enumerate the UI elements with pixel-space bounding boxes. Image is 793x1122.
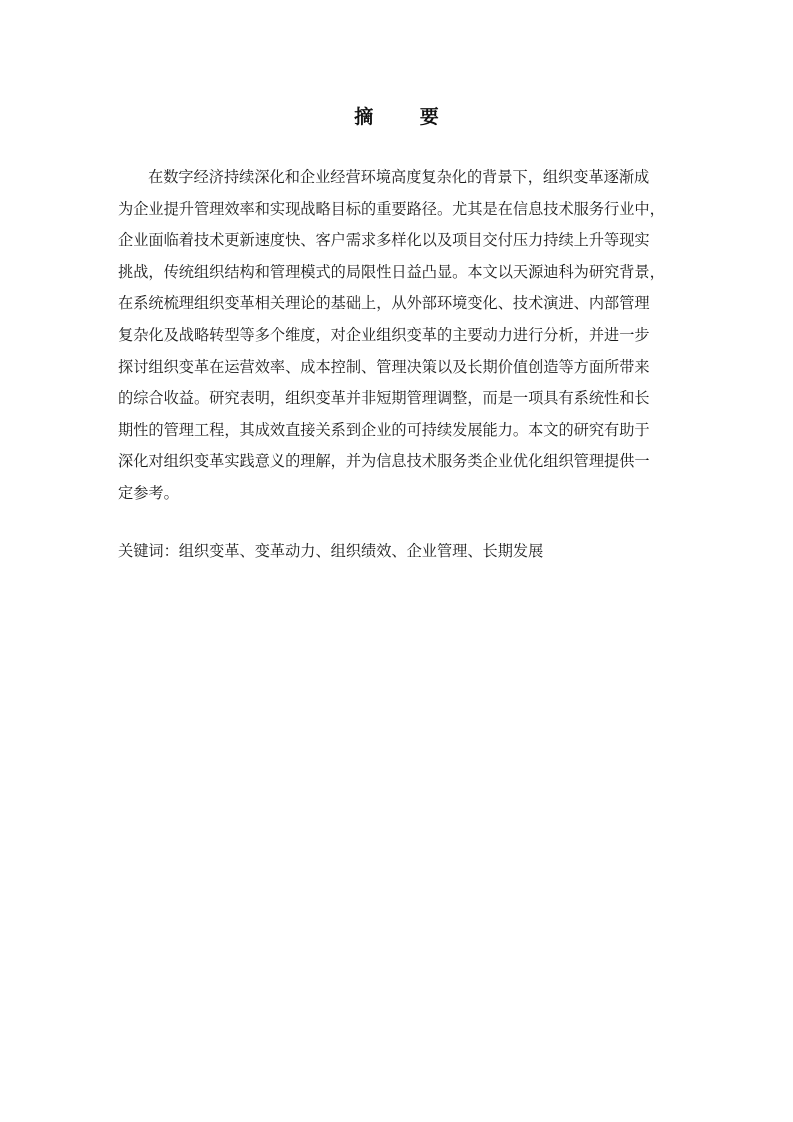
abstract-line: 期性的管理工程，其成效直接关系到企业的可持续发展能力。本文的研究有助于	[118, 415, 680, 447]
abstract-line: 为企业提升管理效率和实现战略目标的重要路径。尤其是在信息技术服务行业中，	[118, 194, 680, 226]
abstract-line: 在数字经济持续深化和企业经营环境高度复杂化的背景下，组织变革逐渐成	[118, 162, 680, 194]
abstract-line: 企业面临着技术更新速度快、客户需求多样化以及项目交付压力持续上升等现实	[118, 225, 680, 257]
abstract-line: 探讨组织变革在运营效率、成本控制、管理决策以及长期价值创造等方面所带来	[118, 352, 680, 384]
keywords-value: 组织变革、变革动力、组织绩效、企业管理、长期发展	[179, 542, 544, 560]
abstract-line: 在系统梳理组织变革相关理论的基础上，从外部环境变化、技术演进、内部管理	[118, 288, 680, 320]
abstract-line: 挑战，传统组织结构和管理模式的局限性日益凸显。本文以天源迪科为研究背景，	[118, 257, 680, 289]
page-title: 摘 要	[0, 103, 793, 131]
keywords: 关键词：组织变革、变革动力、组织绩效、企业管理、长期发展	[118, 536, 543, 568]
abstract-line: 定参考。	[118, 478, 680, 510]
keywords-label: 关键词：	[118, 542, 179, 560]
abstract-line: 深化对组织变革实践意义的理解，并为信息技术服务类企业优化组织管理提供一	[118, 446, 680, 478]
abstract-line: 复杂化及战略转型等多个维度，对企业组织变革的主要动力进行分析，并进一步	[118, 320, 680, 352]
abstract-body: 在数字经济持续深化和企业经营环境高度复杂化的背景下，组织变革逐渐成 为企业提升管…	[118, 162, 680, 510]
abstract-line: 的综合收益。研究表明，组织变革并非短期管理调整，而是一项具有系统性和长	[118, 383, 680, 415]
